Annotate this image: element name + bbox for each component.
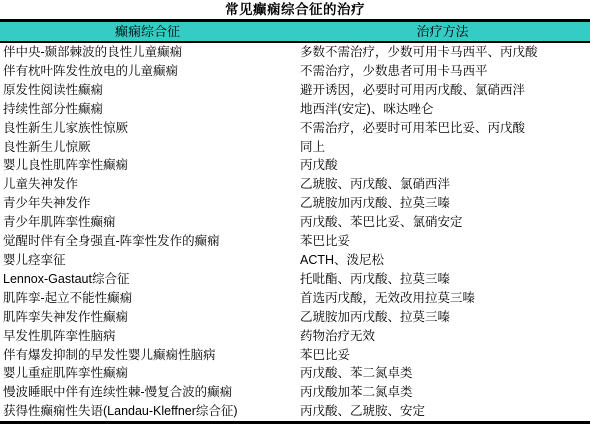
syndrome-cell: 青少年肌阵挛性癫痫 — [0, 213, 295, 232]
syndrome-cell: Lennox-Gastaut综合征 — [0, 270, 295, 289]
treatment-cell: 药物治疗无效 — [295, 327, 590, 346]
treatment-cell: 托吡酯、丙戊酸、拉莫三嗪 — [295, 270, 590, 289]
syndrome-cell: 慢波睡眠中伴有连续性棘-慢复合波的癫痫 — [0, 383, 295, 402]
table-row: 伴有爆发抑制的早发性婴儿癫痫性脑病苯巴比妥 — [0, 346, 590, 365]
table-row: 青少年失神发作乙琥胺加丙戊酸、拉莫三嗪 — [0, 194, 590, 213]
treatment-cell: 避开诱因，必要时可用丙戊酸、氯硝西泮 — [295, 81, 590, 100]
table-row: 获得性癫痫性失语(Landau-Kleffner综合征)丙戊酸、乙琥胺、安定 — [0, 402, 590, 422]
syndrome-cell: 原发性阅读性癫痫 — [0, 81, 295, 100]
page: 常见癫痫综合征的治疗 癫痫综合征 治疗方法 伴中央-颞部棘波的良性儿童癫痫多数不… — [0, 0, 590, 424]
syndrome-cell: 婴儿痉挛征 — [0, 251, 295, 270]
header-row: 癫痫综合征 治疗方法 — [0, 21, 590, 43]
syndrome-cell: 早发性肌阵挛性脑病 — [0, 327, 295, 346]
table-row: 肌阵挛失神发作性癫痫乙琥胺加丙戊酸、拉莫三嗪 — [0, 308, 590, 327]
table-row: 觉醒时伴有全身强直-阵挛性发作的癫痫苯巴比妥 — [0, 232, 590, 251]
treatment-cell: 苯巴比妥 — [295, 346, 590, 365]
treatment-cell: 不需治疗，必要时可用苯巴比妥、丙戊酸 — [295, 119, 590, 138]
treatment-cell: 不需治疗，少数患者可用卡马西平 — [295, 62, 590, 81]
table-row: Lennox-Gastaut综合征托吡酯、丙戊酸、拉莫三嗪 — [0, 270, 590, 289]
syndrome-cell: 伴有爆发抑制的早发性婴儿癫痫性脑病 — [0, 346, 295, 365]
treatment-cell: 丙戊酸、乙琥胺、安定 — [295, 402, 590, 422]
table-row: 肌阵挛-起立不能性癫痫首选丙戊酸，无效改用拉莫三嗪 — [0, 289, 590, 308]
column-header-treatment: 治疗方法 — [295, 21, 590, 43]
treatment-cell: 多数不需治疗，少数可用卡马西平、丙戊酸 — [295, 42, 590, 62]
treatment-cell: 苯巴比妥 — [295, 232, 590, 251]
table-row: 慢波睡眠中伴有连续性棘-慢复合波的癫痫丙戊酸加苯二氮卓类 — [0, 383, 590, 402]
treatment-cell: 丙戊酸 — [295, 156, 590, 175]
syndrome-cell: 获得性癫痫性失语(Landau-Kleffner综合征) — [0, 402, 295, 422]
treatment-cell: 乙琥胺、丙戊酸、氯硝西泮 — [295, 175, 590, 194]
treatment-cell: 地西泮(安定)、咪达唑仑 — [295, 100, 590, 119]
syndrome-cell: 婴儿重症肌阵挛性癫痫 — [0, 364, 295, 383]
syndrome-cell: 觉醒时伴有全身强直-阵挛性发作的癫痫 — [0, 232, 295, 251]
treatment-cell: 首选丙戊酸，无效改用拉莫三嗪 — [295, 289, 590, 308]
treatment-cell: 同上 — [295, 138, 590, 157]
treatment-cell: 丙戊酸、苯巴比妥、氯硝安定 — [295, 213, 590, 232]
syndrome-cell: 肌阵挛-起立不能性癫痫 — [0, 289, 295, 308]
table-row: 青少年肌阵挛性癫痫丙戊酸、苯巴比妥、氯硝安定 — [0, 213, 590, 232]
table-row: 持续性部分性癫痫地西泮(安定)、咪达唑仑 — [0, 100, 590, 119]
syndrome-cell: 儿童失神发作 — [0, 175, 295, 194]
column-header-syndrome: 癫痫综合征 — [0, 21, 295, 43]
table-row: 伴中央-颞部棘波的良性儿童癫痫多数不需治疗，少数可用卡马西平、丙戊酸 — [0, 42, 590, 62]
syndrome-cell: 肌阵挛失神发作性癫痫 — [0, 308, 295, 327]
table-body: 伴中央-颞部棘波的良性儿童癫痫多数不需治疗，少数可用卡马西平、丙戊酸伴有枕叶阵发… — [0, 42, 590, 423]
syndrome-cell: 持续性部分性癫痫 — [0, 100, 295, 119]
syndrome-cell: 伴有枕叶阵发性放电的儿童癫痫 — [0, 62, 295, 81]
treatment-cell: 丙戊酸加苯二氮卓类 — [295, 383, 590, 402]
table-row: 伴有枕叶阵发性放电的儿童癫痫不需治疗，少数患者可用卡马西平 — [0, 62, 590, 81]
table-row: 早发性肌阵挛性脑病药物治疗无效 — [0, 327, 590, 346]
table-row: 婴儿重症肌阵挛性癫痫丙戊酸、苯二氮卓类 — [0, 364, 590, 383]
treatment-cell: 乙琥胺加丙戊酸、拉莫三嗪 — [295, 194, 590, 213]
syndrome-cell: 伴中央-颞部棘波的良性儿童癫痫 — [0, 42, 295, 62]
table-row: 婴儿良性肌阵挛性癫痫丙戊酸 — [0, 156, 590, 175]
table-row: 婴儿痉挛征ACTH、泼尼松 — [0, 251, 590, 270]
table-row: 良性新生儿家族性惊厥不需治疗，必要时可用苯巴比妥、丙戊酸 — [0, 119, 590, 138]
treatment-cell: 丙戊酸、苯二氮卓类 — [295, 364, 590, 383]
treatment-cell: ACTH、泼尼松 — [295, 251, 590, 270]
table-row: 儿童失神发作乙琥胺、丙戊酸、氯硝西泮 — [0, 175, 590, 194]
syndrome-cell: 青少年失神发作 — [0, 194, 295, 213]
syndrome-cell: 良性新生儿惊厥 — [0, 138, 295, 157]
table-row: 良性新生儿惊厥同上 — [0, 138, 590, 157]
page-title: 常见癫痫综合征的治疗 — [0, 0, 590, 19]
syndrome-cell: 婴儿良性肌阵挛性癫痫 — [0, 156, 295, 175]
syndrome-cell: 良性新生儿家族性惊厥 — [0, 119, 295, 138]
epilepsy-treatment-table: 癫痫综合征 治疗方法 伴中央-颞部棘波的良性儿童癫痫多数不需治疗，少数可用卡马西… — [0, 19, 590, 424]
treatment-cell: 乙琥胺加丙戊酸、拉莫三嗪 — [295, 308, 590, 327]
table-row: 原发性阅读性癫痫避开诱因，必要时可用丙戊酸、氯硝西泮 — [0, 81, 590, 100]
